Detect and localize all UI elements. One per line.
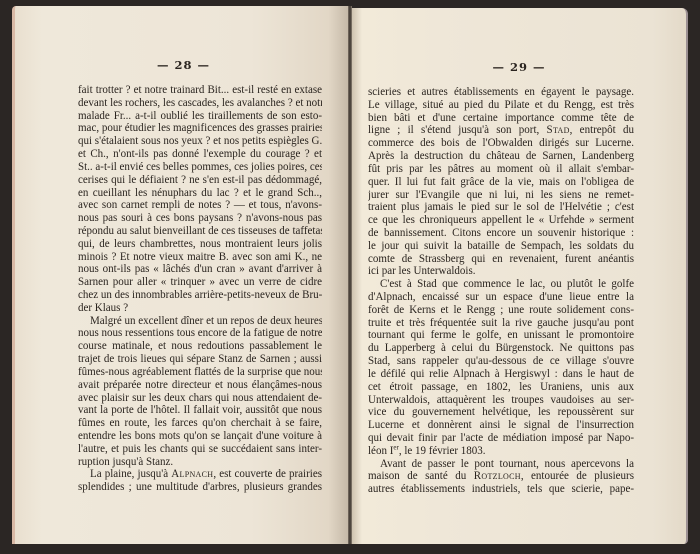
text-line: C'est à Stad que commence le lac, ou plu…: [368, 278, 634, 291]
text-line: Lucerne et donnèrent ainsi le signal de …: [368, 419, 634, 432]
text-segment: léon I: [368, 445, 393, 457]
text-line: répondu au salut bienveillant de ces tis…: [78, 225, 322, 238]
text-line: maison de santé du Rotzloch, entourée de…: [368, 470, 634, 483]
open-book: — 28 — fait trotter ? et notre trainard …: [0, 0, 700, 554]
text-segment: , entrepôt du: [570, 124, 634, 136]
text-line: cerises qui le défiaient ? ne s'en est-i…: [78, 174, 322, 187]
text-line: et Ch., n'ont-ils pas donné l'exemple du…: [78, 148, 322, 161]
text-line: jurer sur l'Evangile que ni lui, ni les …: [368, 189, 634, 202]
text-line: le jour qui suivit la bataille de Sempac…: [368, 240, 634, 253]
text-line: minois ? Et notre vieux maitre B. avec s…: [78, 251, 322, 264]
text-line: Après la destruction du château de Sarne…: [368, 150, 634, 163]
text-line: scieries et autres établissements en éga…: [368, 86, 634, 99]
page-number: — 28 —: [15, 58, 352, 72]
text-line: splendides ; une multitude d'arbres, plu…: [78, 481, 322, 494]
text-line: avec son carnet rempli de notes ? — et t…: [78, 199, 322, 212]
text-line: Avant de passer le pont tournant, nous a…: [368, 458, 634, 471]
text-line: course matinale, et nous redoutions pass…: [78, 340, 322, 353]
text-line: avec plaisir sur les deux chars qui nous…: [78, 392, 322, 405]
text-segment: , le 19 février 1803.: [399, 445, 486, 457]
text-line: cet étroit passage, en 1802, les Uranien…: [368, 381, 634, 394]
text-line: Stad, sans rappeler qu'au-dessous de ce …: [368, 355, 634, 368]
right-page: — 29 — scieries et autres établissements…: [352, 8, 688, 544]
text-line: fûmes en route, les farces qu'on chercha…: [78, 417, 322, 430]
text-line: truite et très fréquentée suit la rive g…: [368, 317, 634, 330]
text-line: ruption jusqu'à Stanz.: [78, 456, 322, 469]
text-line: St.. a-t-il envié ces belles pommes, ces…: [78, 161, 322, 174]
text-line: qui s'étalaient sous nos yeux ? et nos p…: [78, 135, 322, 148]
left-page: — 28 — fait trotter ? et notre trainard …: [12, 6, 352, 544]
text-line: fûmes-nous agréablement flattés de la su…: [78, 366, 322, 379]
text-line: malade Fr... a-t-il oublié les tiraillem…: [78, 110, 322, 123]
text-line: comte de Strassberg qui en revenaient, f…: [368, 253, 634, 266]
text-line: en cueillant les nénuphars du lac ? et l…: [78, 187, 322, 200]
text-line: l'autre, et puis les chants qui se succé…: [78, 443, 322, 456]
text-line: qui devait finir par l'acte de médiation…: [368, 432, 634, 445]
text-line: du Lapperberg à celui du Bürgenstock. Ne…: [368, 342, 634, 355]
text-line: vant la porte de l'hôtel. Il fallait voi…: [78, 404, 322, 417]
text-line: léon Ier, le 19 février 1803.: [368, 445, 634, 458]
text-segment: La plaine, jusqu'à: [90, 468, 171, 480]
text-segment: , est couverte de prairies: [213, 468, 322, 480]
text-line: commerce des bois de l'Obwalden dirigés …: [368, 137, 634, 150]
text-segment: maison de santé du: [368, 470, 474, 482]
text-line: mac, pour étudier les magnificences des …: [78, 122, 322, 135]
text-line: der Klaus ?: [78, 302, 322, 315]
text-line: chez un des innombrables arrière-petits-…: [78, 289, 322, 302]
text-line: autres établissements industriels, tels …: [368, 483, 634, 496]
text-line: fait trotter ? et notre trainard Bit... …: [78, 84, 322, 97]
text-line: entendre les bons mots qu'on se lançait …: [78, 430, 322, 443]
text-line: nous pas souri à ces bons paysans ? n'av…: [78, 212, 322, 225]
text-line: nous ont-ils pas « lâchés d'un cran » av…: [78, 263, 322, 276]
text-line: bien bâti et d'une certaine importance c…: [368, 112, 634, 125]
text-line: ici par les Unterwaldois.: [368, 265, 634, 278]
text-line: fût pris par les pâtres au moment où il …: [368, 163, 634, 176]
text-line: qui, de leurs chambrettes, nous montraie…: [78, 238, 322, 251]
text-line: Sarnen pour aller « trinquer » avec un v…: [78, 276, 322, 289]
page-text: fait trotter ? et notre trainard Bit... …: [78, 84, 322, 494]
page-number: — 29 —: [352, 60, 686, 74]
text-line: de bannissement. Citons encore un souven…: [368, 227, 634, 240]
text-line: Malgré un excellent dîner et un repos de…: [78, 315, 322, 328]
place-name-smallcaps: Stad: [547, 124, 570, 136]
text-line: La plaine, jusqu'à Alpnach, est couverte…: [78, 468, 322, 481]
text-line: d'Alpnach, encaissé sur un espace d'une …: [368, 291, 634, 304]
text-line: nous nous ressentions tous encore de la …: [78, 327, 322, 340]
text-segment: ligne ; il s'étend jusqu'à son port,: [368, 124, 547, 136]
text-line: ligne ; il s'étend jusqu'à son port, Sta…: [368, 124, 634, 137]
text-line: quer. Il lui fut fait grâce de la vie, m…: [368, 176, 634, 189]
text-segment: , entourée de plusieurs: [521, 470, 634, 482]
place-name-smallcaps: Alpnach: [171, 468, 213, 480]
text-line: trajet de trois lieues qui sépare Stanz …: [78, 353, 322, 366]
text-line: traient plus jamais le pied sur le sol d…: [368, 201, 634, 214]
text-line: le défilé qui relie Alpnach à Hergiswyl …: [368, 368, 634, 381]
text-line: tournant qui ferme le golfe, en unissant…: [368, 329, 634, 342]
page-text: scieries et autres établissements en éga…: [368, 86, 634, 496]
text-line: Unterwaldois, attaquèrent les troupes va…: [368, 394, 634, 407]
text-line: vice du gouvernement helvétique, les rep…: [368, 406, 634, 419]
text-line: Le village, situé au pied du Pilate et d…: [368, 99, 634, 112]
text-line: ce que les chroniqueurs appellent le « U…: [368, 214, 634, 227]
place-name-smallcaps: Rotzloch: [474, 470, 521, 482]
text-line: devant les rochers, les cascades, les av…: [78, 97, 322, 110]
text-line: forêt de Kerns et le Rengg ; une route s…: [368, 304, 634, 317]
text-line: avait préparée notre directeur et nous é…: [78, 379, 322, 392]
